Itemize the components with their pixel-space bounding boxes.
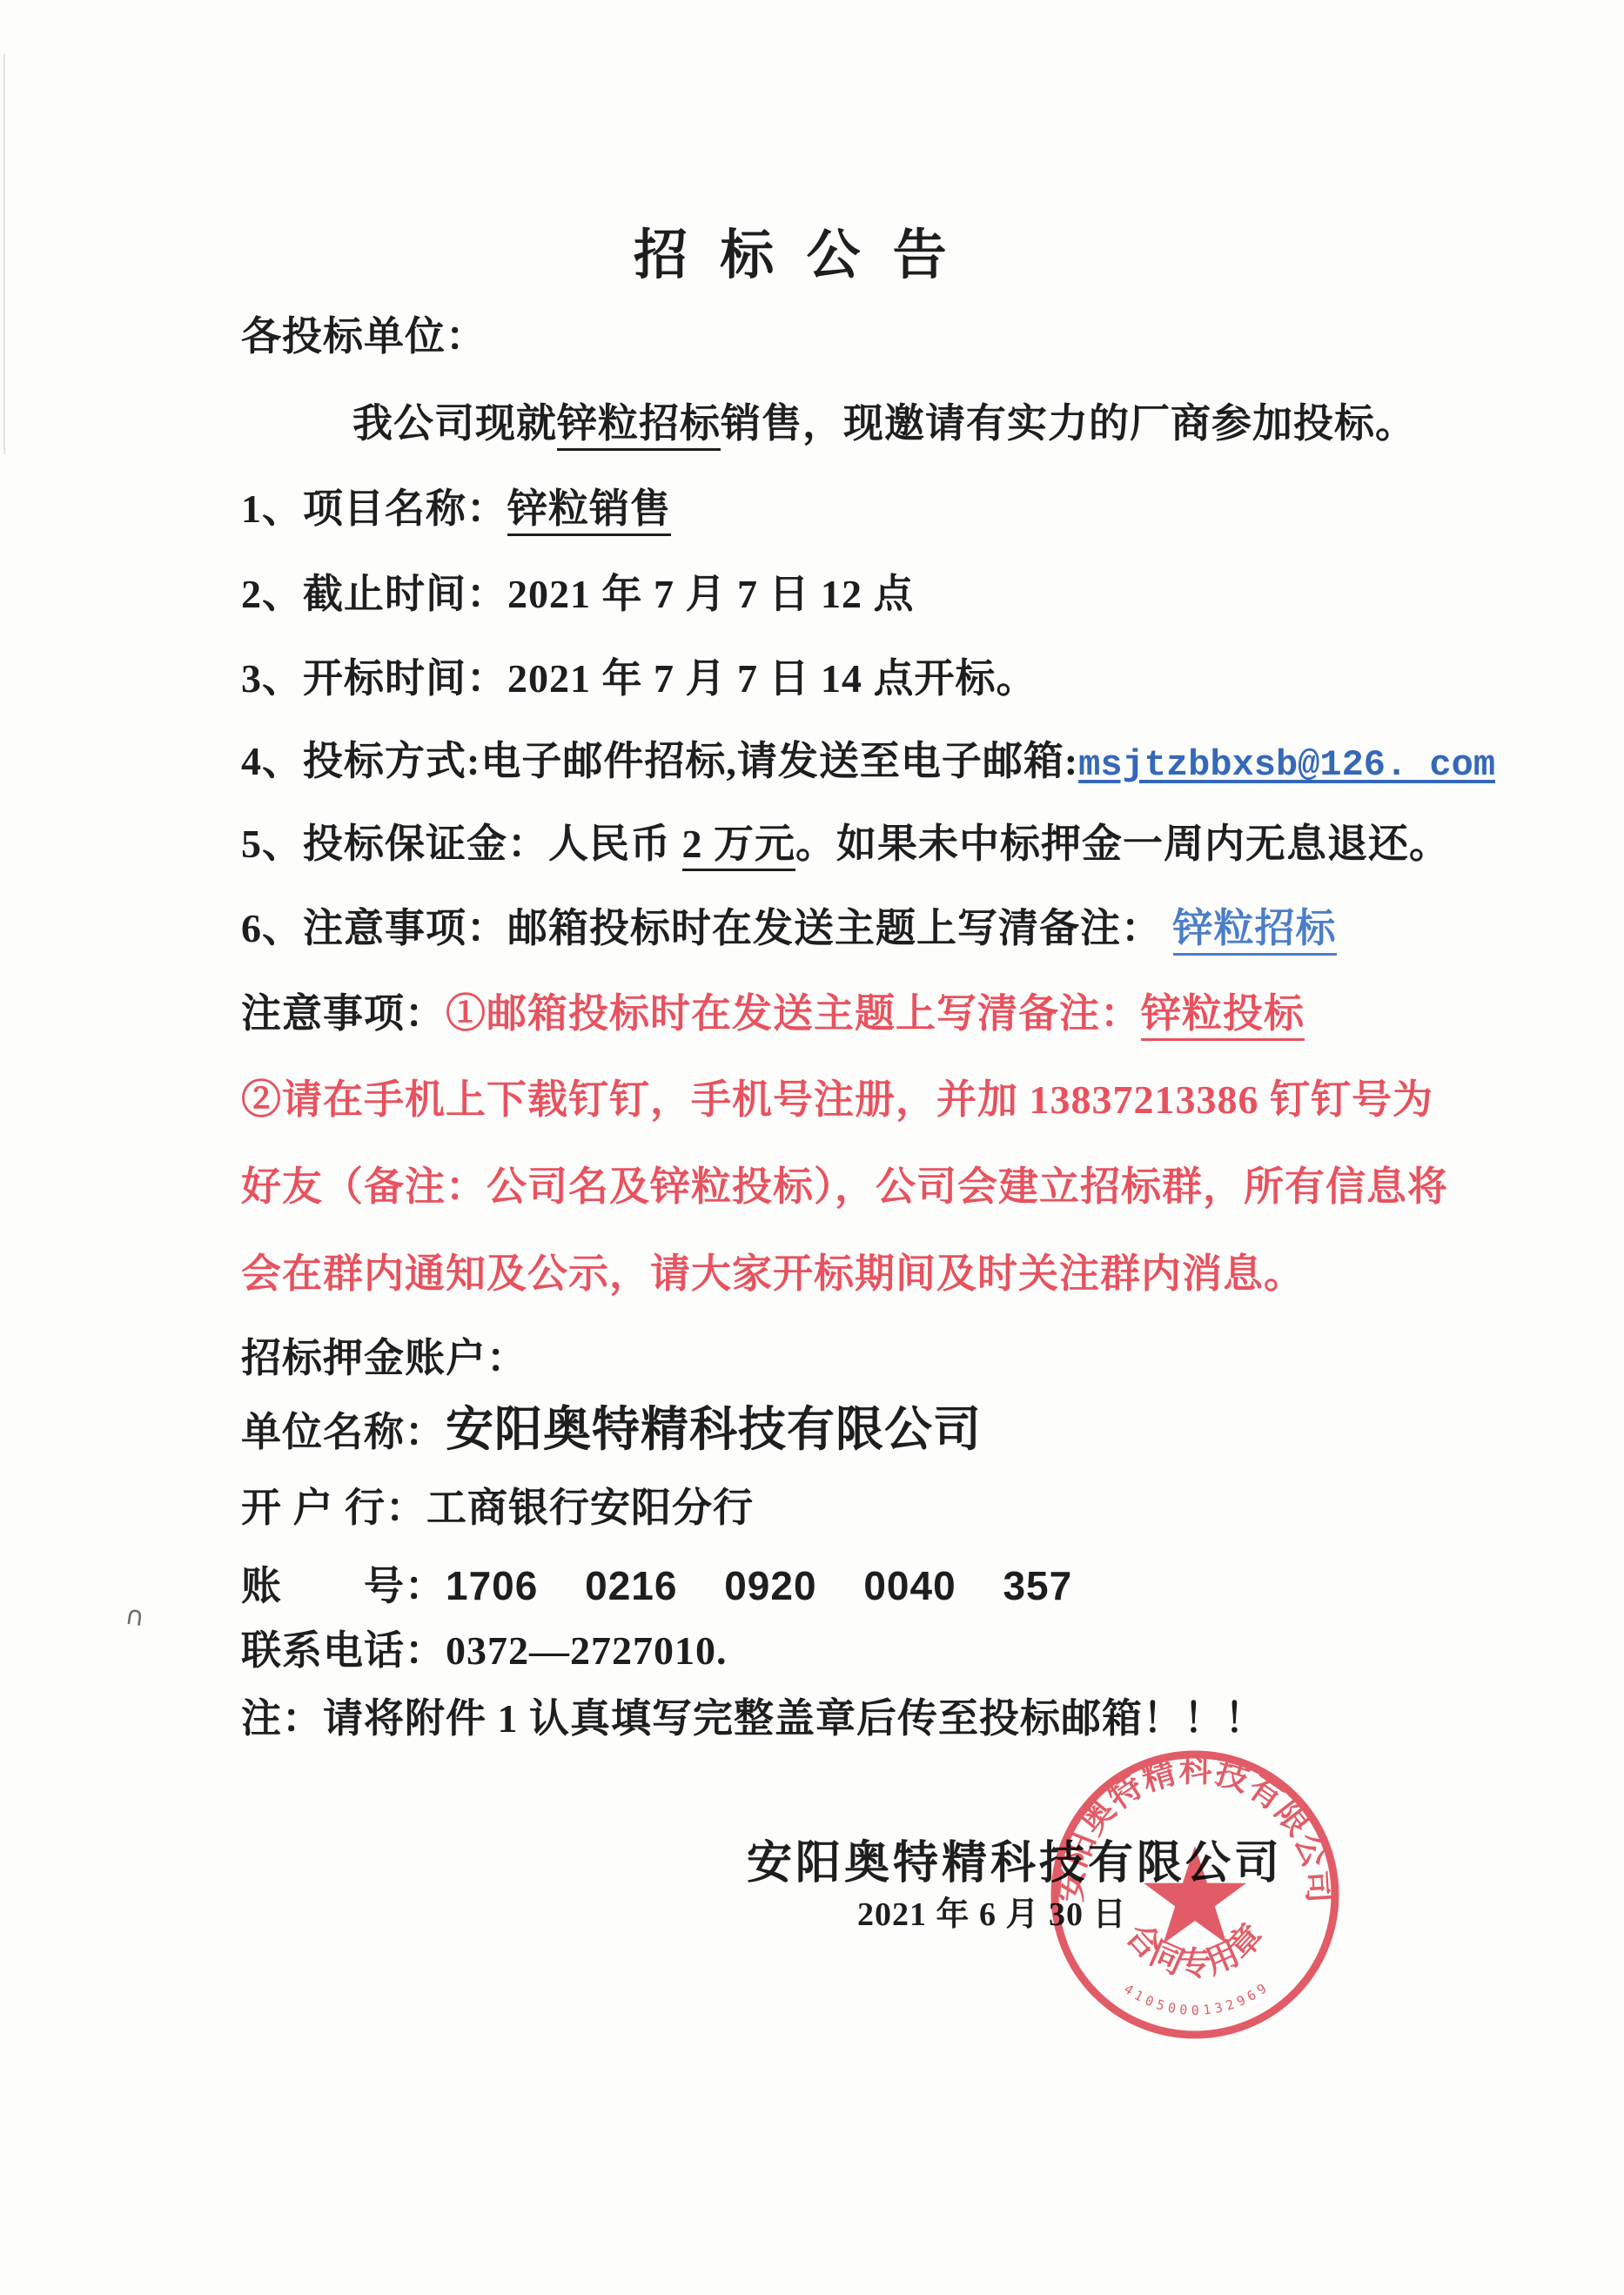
item1-value: 锌粒销售 [507,487,671,536]
item-6-notes: 6、注意事项：邮箱投标时在发送主题上写清备注： 锌粒招标 [241,896,1337,954]
intro-paragraph: 我公司现就锌粒招标销售，现邀请有实力的厂商参加投标。 [352,392,1416,449]
account-number-value: 1706 0216 0920 0040 357 [446,1563,1072,1608]
intro-pre: 我公司现就 [352,401,557,446]
notice1-label: 注意事项： [241,991,446,1036]
notice1-red-underlined: 锌粒投标 [1141,991,1305,1041]
page-title: 招 标 公 告 [634,211,956,289]
account-name-value: 安阳奥特精科技有限公司 [446,1403,982,1456]
item-4-bid-method: 4、投标方式:电子邮件招标,请发送至电子邮箱:msjtzbbxsb@126. c… [241,729,1495,787]
zinc-tender-link[interactable]: 锌粒招标 [1173,906,1337,956]
item-1-project-name: 1、项目名称：锌粒销售 [241,477,671,534]
phone-value: 0372—2727010. [446,1628,728,1673]
item-3-opening-time: 3、开标时间：2021 年 7 月 7 日 14 点开标。 [241,647,1037,704]
deposit-account-header: 招标押金账户： [241,1326,527,1384]
item5-amount: 2 万元 [682,822,796,871]
attachment-note-line: 注：请将附件 1 认真填写完整盖章后传至投标邮箱！！！ [241,1687,1265,1744]
notice-line-1: 注意事项：①邮箱投标时在发送主题上写清备注：锌粒投标 [241,982,1305,1039]
account-name-line: 单位名称：安阳奥特精科技有限公司 [241,1391,982,1460]
notice-line-3: 好友（备注：公司名及锌粒投标），公司会建立招标群，所有信息将 [241,1155,1448,1212]
item-2-deadline: 2、截止时间：2021 年 7 月 7 日 12 点 [241,562,915,620]
company-seal: 安阳奥特精科技有限公司 合同专用章 4105000132969 [1038,1738,1352,2051]
seal-star-icon [1144,1846,1246,1943]
seal-banner-text: 合同专用章 [1119,1916,1271,1983]
scan-artifact-mark: ∩ [124,1600,147,1634]
notice1-red-text: ①邮箱投标时在发送主题上写清备注： [446,991,1141,1036]
notice-line-4: 会在群内通知及公示，请大家开标期间及时关注群内消息。 [241,1242,1305,1299]
item6-label: 6、注意事项：邮箱投标时在发送主题上写清备注： [241,906,1173,950]
item1-label: 1、项目名称： [241,487,507,531]
notice-line-2: ②请在手机上下载钉钉，手机号注册，并加 13837213386 钉钉号为 [241,1068,1433,1125]
item-5-deposit: 5、投标保证金：人民币 2 万元。如果未中标押金一周内无息退还。 [241,812,1450,869]
salutation-line: 各投标单位： [241,305,487,362]
item5-pre: 5、投标保证金：人民币 [241,822,682,866]
seal-serial-holder: 4105000132969 [1121,1978,1272,2018]
bank-value: 工商银行安阳分行 [426,1486,754,1530]
item5-post: 。如果未中标押金一周内无息退还。 [795,822,1450,866]
scan-artifact-line [3,54,5,454]
phone-label: 联系电话： [241,1628,446,1673]
intro-post: 销售，现邀请有实力的厂商参加投标。 [721,401,1416,446]
email-link[interactable]: msjtzbbxsb@126. com [1078,744,1495,786]
intro-underlined: 锌粒招标 [557,401,721,451]
seal-serial-number: 4105000132969 [1121,1978,1272,2018]
account-name-label: 单位名称： [241,1410,446,1454]
account-number-line: 账 号：1706 0216 0920 0040 357 [241,1554,1072,1612]
bank-label: 开 户 行： [241,1486,426,1530]
account-number-label: 账 号： [241,1564,446,1608]
phone-line: 联系电话：0372—2727010. [241,1619,728,1676]
document-page: 招 标 公 告 各投标单位： 我公司现就锌粒招标销售，现邀请有实力的厂商参加投标… [0,0,1624,2295]
seal-banner-holder: 合同专用章 [1119,1916,1271,1983]
bank-line: 开 户 行：工商银行安阳分行 [241,1476,754,1533]
item4-label: 4、投标方式:电子邮件招标,请发送至电子邮箱: [241,739,1078,783]
